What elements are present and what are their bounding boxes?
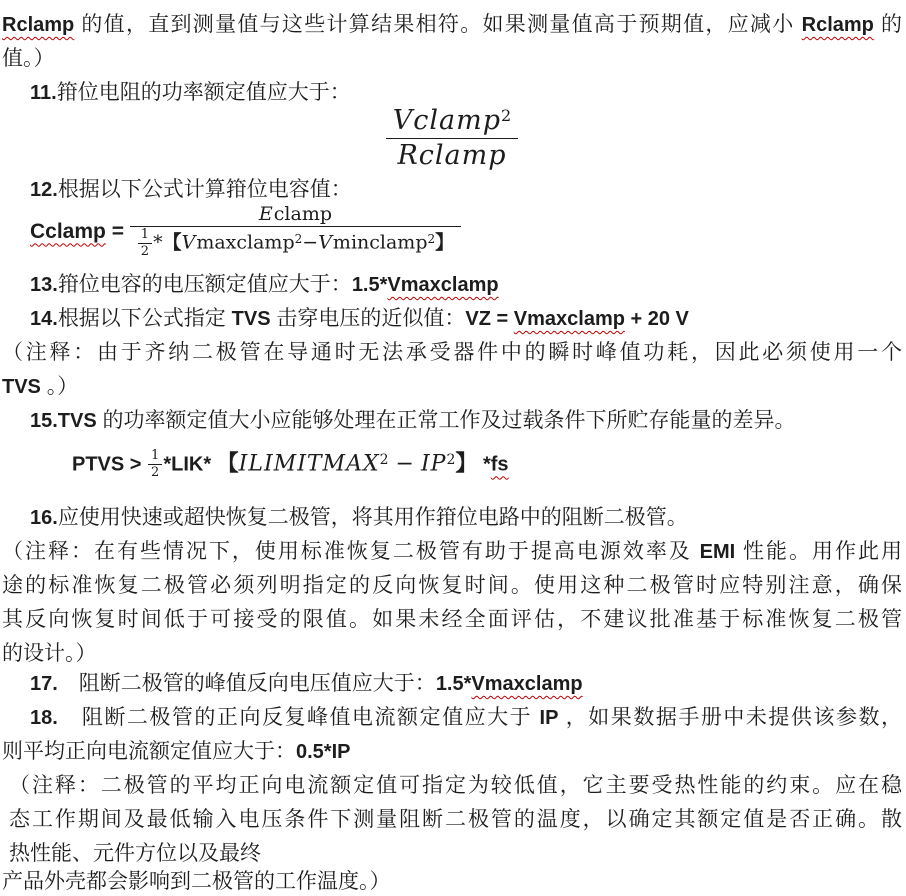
para-rclamp-wrap-2: 值。） xyxy=(2,42,902,76)
text-run: 】 xyxy=(435,232,454,254)
text-run: V xyxy=(318,232,333,254)
text-run: 12. xyxy=(30,179,58,201)
text-run: 根据以下公式计算箝位电容值： xyxy=(58,178,352,201)
text-run: − xyxy=(302,232,318,254)
text-run: EMI xyxy=(700,541,736,563)
fraction: 12 xyxy=(148,448,162,481)
text-run: PTVS > xyxy=(72,453,147,475)
fraction: Vclamp2Rclamp xyxy=(386,104,518,173)
text-run: 1.5* xyxy=(436,673,472,695)
text-run: 的设计。） xyxy=(2,642,97,665)
misspelled-word: Cclamp xyxy=(30,219,106,242)
text-run: Rclamp xyxy=(397,140,506,171)
text-run: IP xyxy=(421,451,447,476)
formula-15: PTVS > 12*LIK* 【ILIMITMAX2 − IP2】 *fs xyxy=(2,438,902,493)
text-run: 0.5*IP xyxy=(296,741,350,763)
fraction: 12 xyxy=(138,227,152,260)
note-recovery-4: 的设计。） xyxy=(2,637,902,671)
text-run: 的 xyxy=(874,13,902,36)
text-run: 途的标准恢复二极管必须列明指定的反向恢复时间。使用这种二极管时应特别注意，确保 xyxy=(2,574,902,597)
note-recovery-3: 其反向恢复时间低于可接受的限值。如果未经全面评估，不建议批准基于标准恢复二极管 xyxy=(2,603,902,637)
formula-11: Vclamp2Rclamp xyxy=(2,104,902,173)
misspelled-word: Rclamp xyxy=(2,14,74,36)
misspelled-word: Rclamp xyxy=(802,14,874,36)
text-run: 15.TVS xyxy=(30,410,97,432)
text-run: minclamp xyxy=(333,232,428,254)
text-run: 17. xyxy=(30,673,58,695)
item-16: 16.应使用快速或超快恢复二极管，将其用作箝位电路中的阻断二极管。 xyxy=(2,501,902,535)
text-run: E xyxy=(259,203,274,225)
note-diode-4: 产品外壳都会影响到二极管的工作温度。） xyxy=(2,865,902,896)
text-run: 18. xyxy=(30,707,58,729)
text-run: * xyxy=(477,453,490,475)
text-run: 13. xyxy=(30,274,58,296)
text-run: （注释：在有些情况下，使用标准恢复二极管有助于提高电源效率及 xyxy=(2,540,700,563)
text-run: 箝位电容的电压额定值应大于： xyxy=(58,273,352,296)
text-run: 其反向恢复时间低于可接受的限值。如果未经全面评估，不建议批准基于标准恢复二极管 xyxy=(2,608,902,631)
note-zener-2: TVS 。） xyxy=(2,370,902,404)
text-run: 11. xyxy=(30,82,57,104)
misspelled-word: Vmaxclamp xyxy=(387,274,498,296)
text-run: 】 xyxy=(455,450,477,476)
text-run: 2 xyxy=(501,106,511,125)
fraction: Eclamp12*【Vmaxclamp2−Vminclamp2】 xyxy=(130,203,461,261)
text-run: 阻断二极管的峰值反向电压值应大于： xyxy=(58,672,436,695)
item-15: 15.TVS 的功率额定值大小应能够处理在正常工作及过载条件下所贮存能量的差异。 xyxy=(2,404,902,438)
text-run: 1 xyxy=(151,448,159,463)
text-run: 14. xyxy=(30,308,58,330)
text-run: ILIMITMAX xyxy=(239,451,380,476)
text-run: TVS xyxy=(2,376,41,398)
text-run: 性能。用作此用 xyxy=(735,540,902,563)
note-zener-1: （注释：由于齐纳二极管在导通时无法承受器件中的瞬时峰值功耗，因此必须使用一个 xyxy=(2,336,902,370)
text-run: 产品外壳都会影响到二极管的工作温度。） xyxy=(2,870,391,893)
note-recovery-1: （注释：在有些情况下，使用标准恢复二极管有助于提高电源效率及 EMI 性能。用作… xyxy=(2,535,902,569)
text-run: 1 xyxy=(141,227,149,242)
text-run: *LIK* xyxy=(163,453,216,475)
text-run: TVS xyxy=(232,308,271,330)
text-run: VZ = xyxy=(465,308,513,330)
text-run: 【 xyxy=(217,450,239,476)
text-run: V xyxy=(182,232,197,254)
text-run: （注释：二极管的平均正向电流额定值可指定为较低值，它主要受热性能的约束。应在稳 xyxy=(9,774,902,797)
item-13: 13.箝位电容的电压额定值应大于：1.5*Vmaxclamp xyxy=(2,268,902,302)
note-recovery-2: 途的标准恢复二极管必须列明指定的反向恢复时间。使用这种二极管时应特别注意，确保 xyxy=(2,569,902,603)
text-run: 2 xyxy=(380,452,389,468)
text-run: 的值，直到测量值与这些计算结果相符。如果测量值高于预期值，应减小 xyxy=(74,13,801,36)
text-run: 。） xyxy=(41,375,78,398)
item-18-line-2: 则平均正向电流额定值应大于：0.5*IP xyxy=(2,735,902,769)
item-12: 12.根据以下公式计算箝位电容值： xyxy=(2,173,902,207)
text-run: 应使用快速或超快恢复二极管，将其用作箝位电路中的阻断二极管。 xyxy=(58,506,688,529)
formula-12: Cclamp = Eclamp12*【Vmaxclamp2−Vminclamp2… xyxy=(2,203,902,261)
text-run: 2 xyxy=(141,244,149,259)
text-run: 值。） xyxy=(2,47,55,70)
text-run: 击穿电压的近似值： xyxy=(271,307,466,330)
text-run: maxclamp xyxy=(196,232,294,254)
text-run: 根据以下公式指定 xyxy=(58,307,232,330)
text-run: 箝位电阻的功率额定值应大于： xyxy=(57,81,351,104)
text-run: 2 xyxy=(151,465,159,480)
text-run: − xyxy=(389,451,421,476)
para-rclamp-wrap-1: Rclamp 的值，直到测量值与这些计算结果相符。如果测量值高于预期值，应减小 … xyxy=(2,8,902,42)
text-run: 态工作期间及最低输入电压条件下测量阻断二极管的温度，以确定其额定值是否正确。散 xyxy=(9,808,902,831)
text-run: 16. xyxy=(30,507,58,529)
text-run: 2 xyxy=(427,232,435,246)
text-run: * xyxy=(153,232,163,254)
misspelled-word: fs xyxy=(491,453,509,475)
item-17: 17. 阻断二极管的峰值反向电压值应大于：1.5*Vmaxclamp xyxy=(2,667,902,701)
misspelled-word: Vmaxclamp xyxy=(514,308,625,330)
text-run: 1.5* xyxy=(352,274,388,296)
note-diode-2: 态工作期间及最低输入电压条件下测量阻断二极管的温度，以确定其额定值是否正确。散 xyxy=(2,803,902,837)
text-run: ，如果数据手册中未提供该参数， xyxy=(558,706,902,729)
document-body: Rclamp 的值，直到测量值与这些计算结果相符。如果测量值高于预期值，应减小 … xyxy=(2,8,902,896)
text-run: IP xyxy=(540,707,559,729)
item-14: 14.根据以下公式指定 TVS 击穿电压的近似值：VZ = Vmaxclamp … xyxy=(2,302,902,336)
text-run: + 20 V xyxy=(625,308,689,330)
text-run: Vclamp xyxy=(393,105,501,136)
text-run: = xyxy=(106,219,130,242)
text-run: 的功率额定值大小应能够处理在正常工作及过载条件下所贮存能量的差异。 xyxy=(97,409,796,432)
text-run: （注释：由于齐纳二极管在导通时无法承受器件中的瞬时峰值功耗，因此必须使用一个 xyxy=(2,341,902,364)
text-run: clamp xyxy=(274,203,332,225)
text-run: 则平均正向电流额定值应大于： xyxy=(2,740,296,763)
text-run: 【 xyxy=(163,232,182,254)
misspelled-word: Vmaxclamp xyxy=(471,673,582,695)
text-run: 热性能、元件方位以及最终 xyxy=(9,842,261,865)
item-18-line-1: 18. 阻断二极管的正向反复峰值电流额定值应大于 IP ，如果数据手册中未提供该… xyxy=(2,701,902,735)
document-page: Rclamp 的值，直到测量值与这些计算结果相符。如果测量值高于预期值，应减小 … xyxy=(0,0,906,896)
note-diode-1: （注释：二极管的平均正向电流额定值可指定为较低值，它主要受热性能的约束。应在稳 xyxy=(2,769,902,803)
text-run: 阻断二极管的正向反复峰值电流额定值应大于 xyxy=(58,706,540,729)
